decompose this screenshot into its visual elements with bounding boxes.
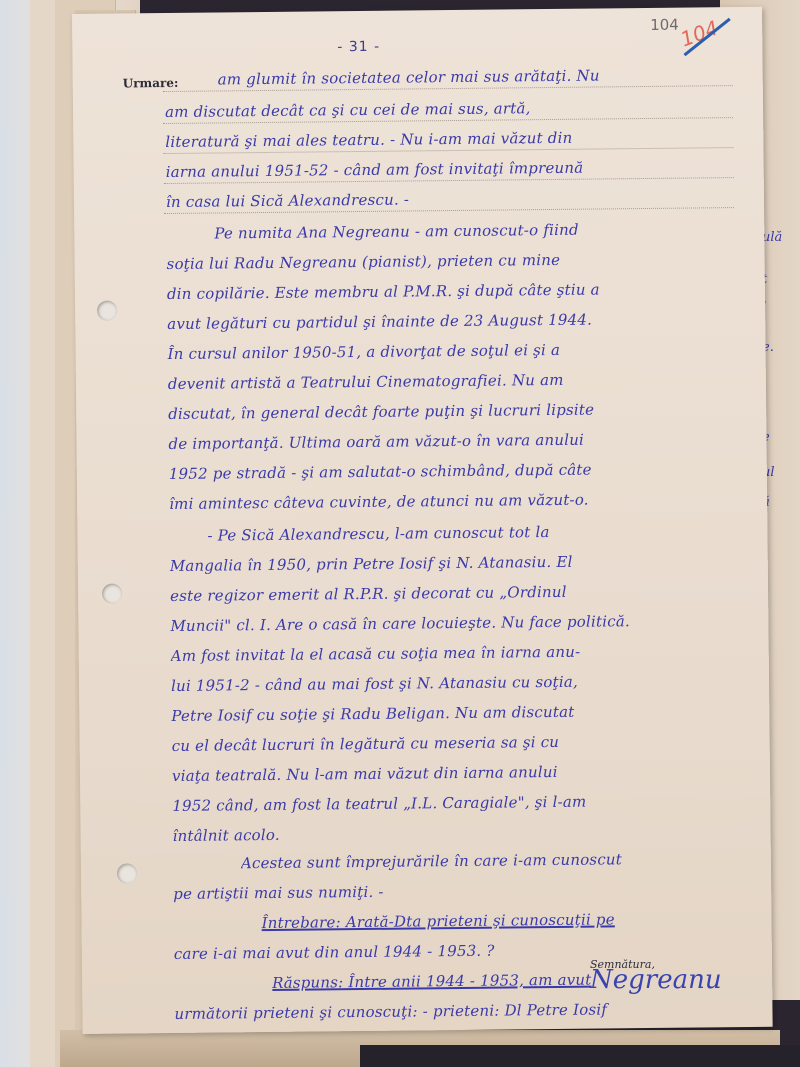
punch-hole [97,301,117,321]
handwritten-line: Muncii" cl. I. Are o casă în care locuie… [170,611,750,635]
red-folio-number: 104 [677,15,721,51]
handwritten-line: În cursul anilor 1950-51, a divorţat de … [167,339,747,363]
handwritten-line: lui 1951-2 - când au mai fost şi N. Atan… [171,671,751,695]
handwritten-line: 1952 pe stradă - şi am salutat-o schimbâ… [169,459,749,483]
handwritten-line: viaţa teatrală. Nu l-am mai văzut din ia… [172,761,752,785]
handwritten-line: devenit artistă a Teatrului Cinematograf… [168,369,748,393]
handwritten-line: de importanţă. Ultima oară am văzut-o în… [168,429,748,453]
document-page: 104 104 - 31 - Urmare: am glumit în soci… [72,7,773,1034]
handwritten-line: Acestea sunt împrejurările în care i-am … [241,848,800,872]
handwritten-line: 1952 când, am fost la teatrul „I.L. Cara… [172,791,752,815]
question-line: Întrebare: Arată-Dta prieteni şi cunoscu… [261,909,741,932]
handwritten-line: Petre Iosif cu soţie şi Radu Beligan. Nu… [171,701,751,725]
handwritten-line: soţia lui Radu Negreanu (pianist), priet… [167,249,747,273]
page-number: - 31 - [337,39,380,55]
archive-folio-number: 104 [650,16,679,34]
handwritten-line: este regizor emerit al R.P.R. şi decorat… [170,581,750,605]
handwritten-line: întâlnit acolo. [173,821,753,845]
handwritten-line: Am fost invitat la el acasă cu soţia mea… [171,641,751,665]
continuation-label: Urmare: [123,76,179,91]
handwritten-line: cu el decât lucruri în legătură cu meser… [172,731,752,755]
handwritten-line: avut legături cu partidul şi înainte de … [167,309,747,333]
handwritten-line: pe artiştii mai sus numiţi. - [173,879,753,903]
handwritten-line: Mangalia în 1950, prin Petre Iosif şi N.… [170,551,750,575]
table-surface [360,1045,800,1067]
handwritten-line: - Pe Sică Alexandrescu, l-am cunoscut to… [207,521,787,545]
punch-hole [102,584,122,604]
handwritten-line: discutat, în general decât foarte puţin … [168,399,748,423]
signature: Negreanu [590,965,722,995]
handwritten-line: Pe numita Ana Negreanu - am cunoscut-o f… [214,218,794,242]
handwritten-line: următorii prieteni şi cunoscuţi: - priet… [174,999,754,1023]
handwritten-line: din copilărie. Este membru al P.M.R. şi … [167,279,747,303]
handwritten-line: care i-ai mai avut din anul 1944 - 1953.… [174,939,754,963]
handwritten-line: îmi amintesc câteva cuvinte, de atunci n… [169,489,749,513]
punch-hole [117,863,137,883]
